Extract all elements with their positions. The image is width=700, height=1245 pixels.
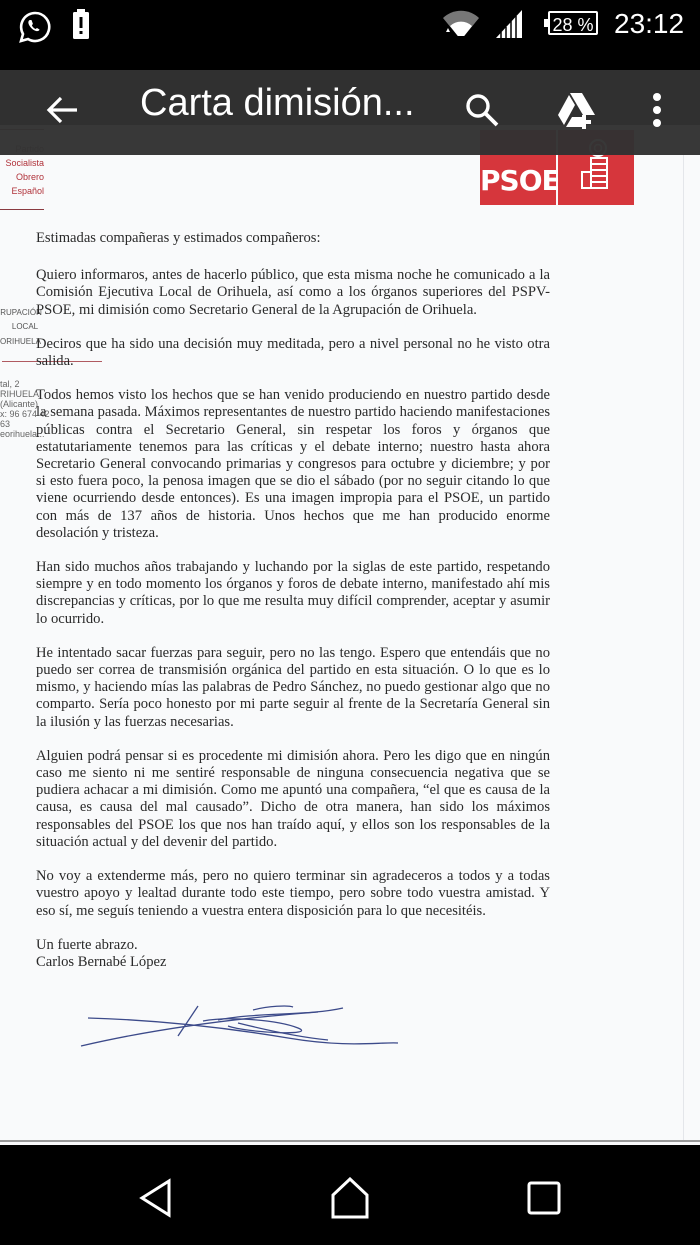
paragraph: Han sido muchos años trabajando y luchan… bbox=[36, 559, 550, 628]
paragraph: No voy a extenderme más, pero no quiero … bbox=[36, 868, 550, 920]
paragraph: He intentado sacar fuerzas para seguir, … bbox=[36, 645, 550, 731]
arrow-back-icon bbox=[45, 95, 79, 130]
add-to-drive-icon bbox=[556, 91, 596, 134]
signer-name: Carlos Bernabé López bbox=[36, 954, 550, 971]
back-nav-icon bbox=[138, 1178, 174, 1223]
paragraph: Alguien podrá pensar si es procedente mi… bbox=[36, 748, 550, 851]
battery-indicator: 28 % bbox=[548, 11, 598, 35]
paragraph: Quiero informaros, antes de hacerlo públ… bbox=[36, 267, 550, 319]
more-options-button[interactable] bbox=[625, 80, 689, 144]
document-title: Carta dimisión... bbox=[140, 82, 415, 125]
letter-body: Estimadas compañeras y estimados compañe… bbox=[36, 230, 550, 971]
closing: Un fuerte abrazo. bbox=[36, 937, 550, 954]
paragraph: Deciros que ha sido una decisión muy med… bbox=[36, 336, 550, 370]
more-vert-icon bbox=[651, 92, 663, 133]
add-to-drive-button[interactable] bbox=[544, 80, 608, 144]
document-viewer[interactable]: Partido Socialista Obrero Español GRUPAC… bbox=[0, 125, 700, 1145]
nav-recents-button[interactable] bbox=[514, 1175, 574, 1225]
nav-back-button[interactable] bbox=[126, 1175, 186, 1225]
status-bar: 28 % 23:12 bbox=[0, 0, 700, 70]
paragraph: Todos hemos visto los hechos que se han … bbox=[36, 387, 550, 542]
whatsapp-icon bbox=[18, 10, 52, 49]
clock: 23:12 bbox=[614, 8, 684, 40]
cellular-signal-icon bbox=[494, 8, 524, 43]
navigation-bar bbox=[0, 1145, 700, 1245]
alert-battery-icon bbox=[72, 9, 90, 44]
salutation: Estimadas compañeras y estimados compañe… bbox=[36, 230, 550, 247]
search-button[interactable] bbox=[450, 80, 514, 144]
wifi-icon bbox=[441, 8, 481, 47]
nav-home-button[interactable] bbox=[320, 1175, 380, 1225]
search-icon bbox=[464, 92, 500, 133]
signature bbox=[78, 998, 408, 1063]
home-nav-icon bbox=[330, 1177, 370, 1224]
back-button[interactable] bbox=[30, 80, 94, 144]
page-edge bbox=[683, 125, 684, 1140]
app-bar: Carta dimisión... bbox=[0, 70, 700, 155]
recents-nav-icon bbox=[527, 1181, 561, 1220]
page-bottom-edge bbox=[0, 1140, 700, 1142]
